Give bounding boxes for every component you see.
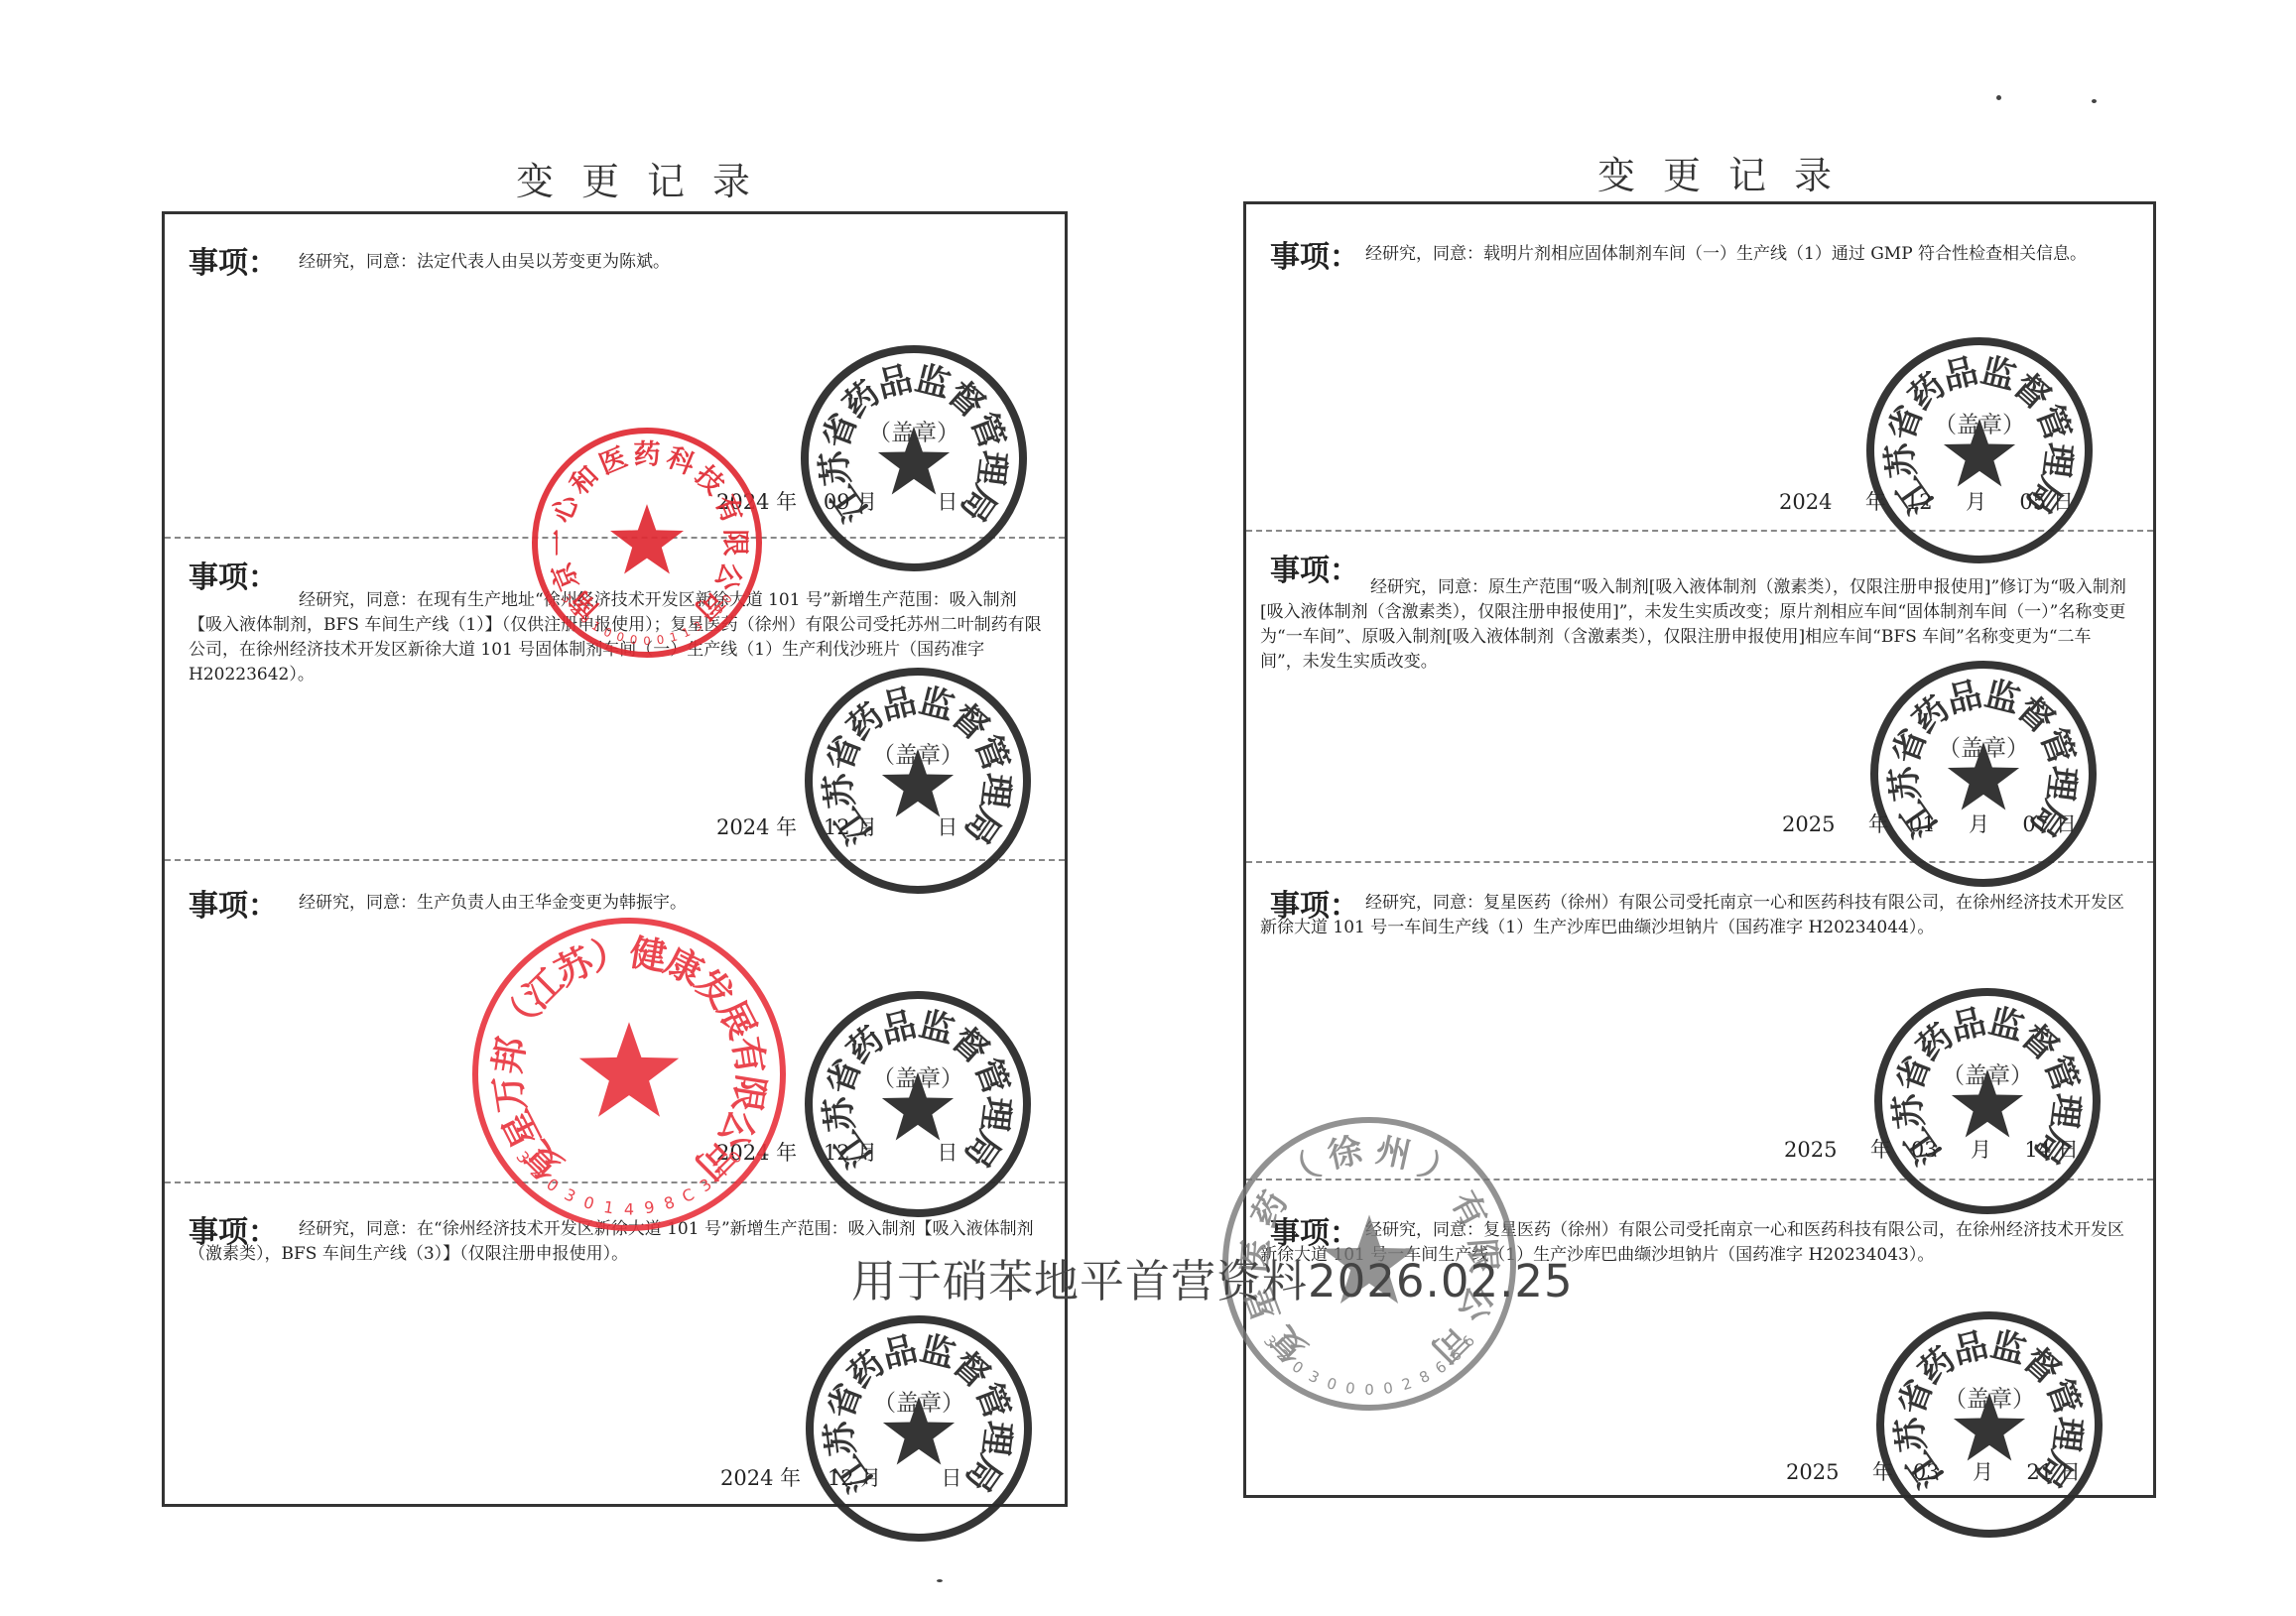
approval-date: 2025 年 03 月 21 日 [1786,1456,2081,1486]
scan-speck [937,1579,943,1582]
approval-date: 2024 年 12 月 日 [720,1462,961,1492]
approval-date: 2024 年 12 月 日 [716,811,957,841]
right-record-row-1: 事项： 经研究，同意：载明片剂相应固体制剂车间（一）生产线（1）通过 GMP 符… [1246,204,2153,530]
item-text: 经研究，同意：载明片剂相应固体制剂车间（一）生产线（1）通过 GMP 符合性检查… [1365,242,2131,267]
approval-date: 2024 年 12 月 日 [716,1137,957,1167]
approval-date: 2024 年 09 月 日 [716,486,957,516]
scan-speck [1996,95,2001,100]
right-record-row-3: 事项： 经研究，同意：复星医药（徐州）有限公司受托南京一心和医药科技有限公司，在… [1246,861,2153,1179]
approval-date: 2024 年 12 月 05 日 [1779,486,2074,516]
right-record-row-4: 事项： 经研究，同意：复星医药（徐州）有限公司受托南京一心和医药科技有限公司，在… [1246,1179,2153,1498]
item-label: 事项： [189,881,278,925]
left-record-row-4: 事项： 经研究，同意：在“徐州经济技术开发区新徐大道 101 号”新增生产范围：… [165,1181,1065,1507]
left-page-title: 变更记录 [516,151,778,205]
usage-watermark: 用于硝苯地平首营资料2026.02.25 [851,1245,1574,1309]
item-label: 事项： [189,238,278,282]
item-text: 经研究，同意：原生产范围“吸入制剂[吸入液体制剂（激素类），仅限注册申报使用]”… [1260,575,2131,675]
approval-date: 2025 年 01 月 07 日 [1782,808,2077,838]
item-text: 经研究，同意：法定代表人由吴以芳变更为陈斌。 [299,250,1043,275]
item-text: 经研究，同意：在现有生产地址“徐州经济技术开发区新徐大道 101 号”新增生产范… [189,588,1043,687]
scan-speck [2092,99,2097,103]
approval-date: 2025 年 03 月 14 日 [1784,1134,2079,1164]
left-record-row-3: 事项： 经研究，同意：生产负责人由王华金变更为韩振宇。 [165,859,1065,1181]
item-text: 经研究，同意：生产负责人由王华金变更为韩振宇。 [299,891,1043,916]
item-text: 经研究，同意：复星医药（徐州）有限公司受托南京一心和医药科技有限公司，在徐州经济… [1260,891,2131,940]
left-change-record-table: 事项： 经研究，同意：法定代表人由吴以芳变更为陈斌。 事项： 经研究，同意：在现… [162,211,1068,1507]
item-label: 事项： [1270,232,1359,276]
right-page-title: 变更记录 [1597,145,1859,199]
